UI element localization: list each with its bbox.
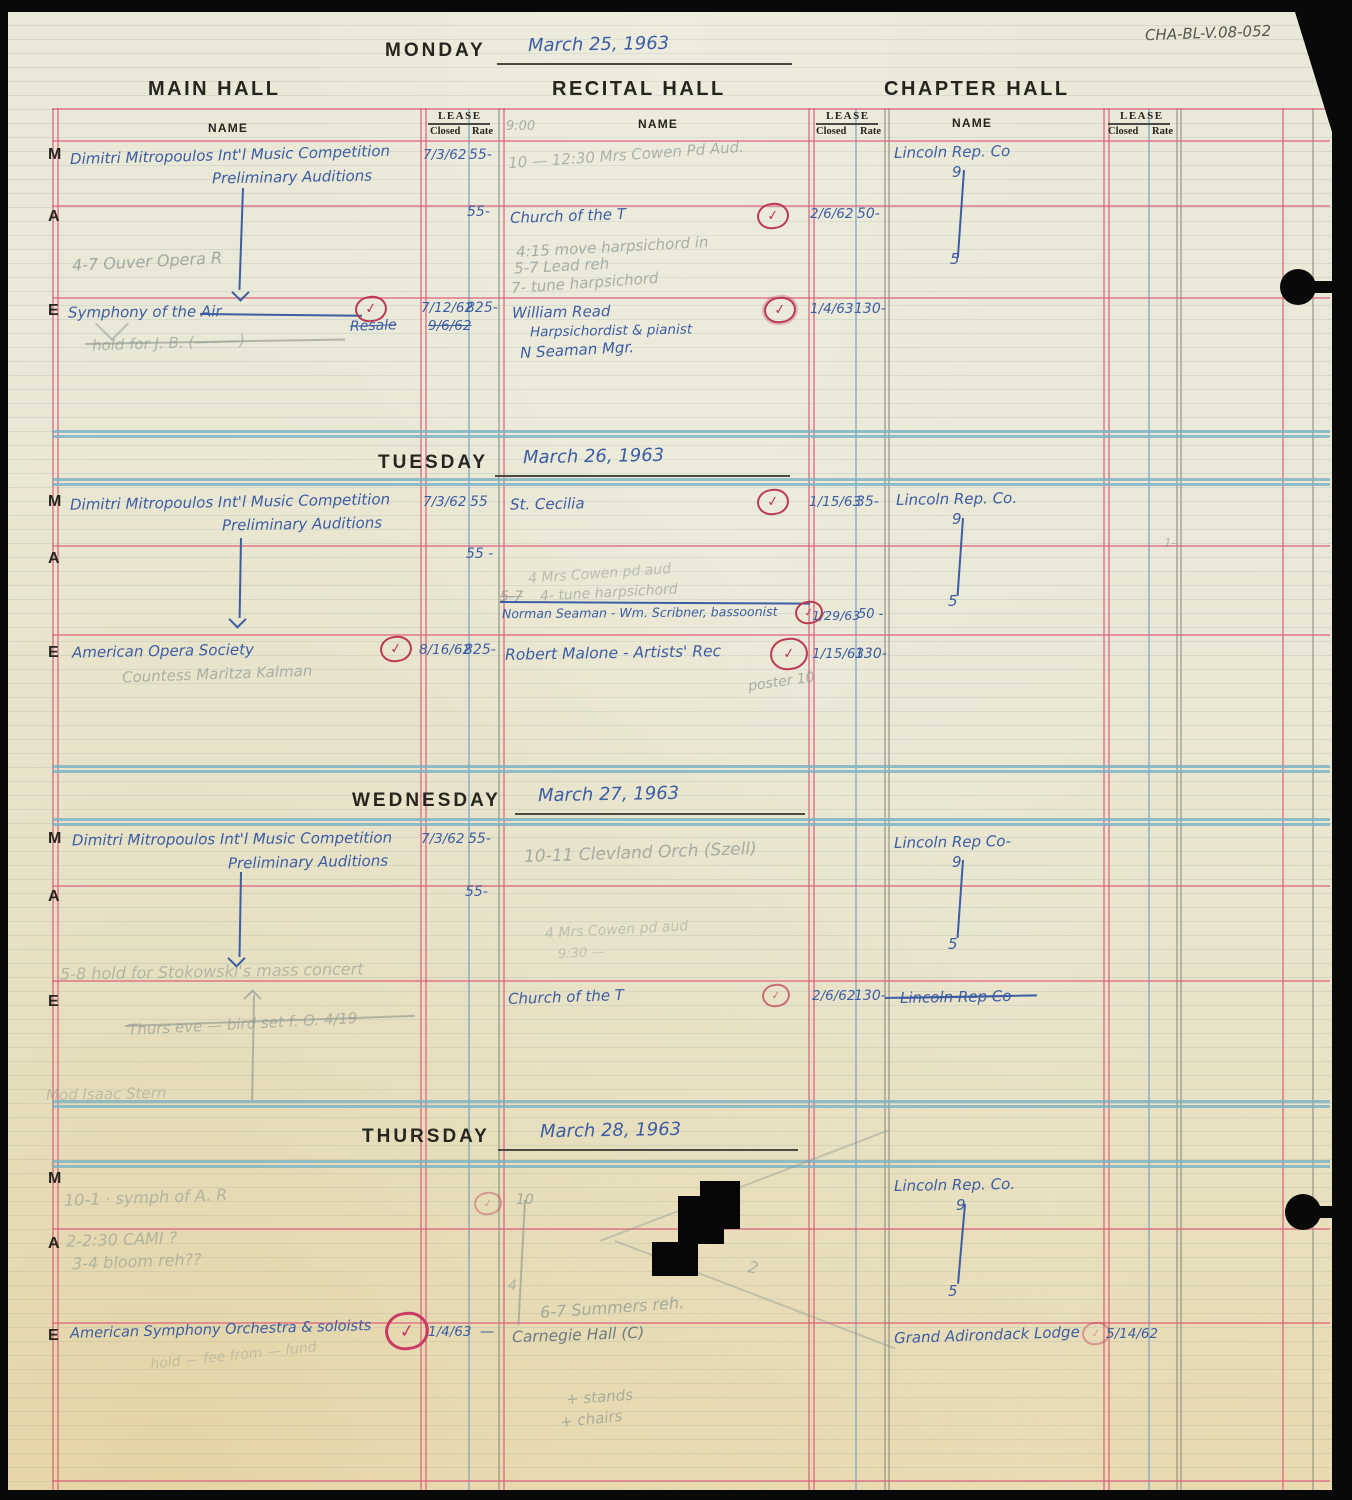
grid-rule-horizontal <box>52 1165 1330 1168</box>
grid-rule-vertical <box>1148 108 1150 1490</box>
col-header-closed: Closed <box>1108 126 1138 137</box>
grid-rule-horizontal <box>52 1100 1330 1103</box>
col-header-name: NAME <box>952 116 992 130</box>
handwritten-date: March 27, 1963 <box>538 783 680 806</box>
pencil-mark: 4 <box>508 1278 517 1294</box>
grid-rule-horizontal <box>52 478 1330 481</box>
booking-start-time: 9 <box>952 853 962 871</box>
grid-rule-vertical <box>1312 108 1314 1490</box>
grid-rule-vertical <box>1108 108 1110 1490</box>
lease-rate: 130- <box>854 301 886 317</box>
col-header-closed: Closed <box>430 126 460 137</box>
pencil-note: 9:30 — <box>558 945 605 962</box>
booking-start-time: 9 <box>952 163 962 181</box>
grid-rule-horizontal <box>52 483 1330 486</box>
lease-rate: — <box>480 1324 494 1340</box>
date-underline <box>498 1149 798 1151</box>
lease-underline <box>1108 123 1170 125</box>
lease-closed-date: 2/6/62 <box>810 206 853 222</box>
booking-end-time: 5 <box>948 592 958 610</box>
grid-rule-vertical <box>888 108 890 1490</box>
grid-rule-horizontal <box>52 823 1330 826</box>
pencil-note: 2-2:30 CAMI ? <box>66 1228 178 1251</box>
handwritten-date: March 26, 1963 <box>523 445 665 468</box>
grid-rule-vertical <box>503 108 505 1490</box>
grid-rule-horizontal <box>52 205 1330 207</box>
row-label-evening: E <box>48 993 59 1011</box>
col-header-lease: LEASE <box>1120 110 1164 122</box>
hall-title-main: MAIN HALL <box>148 78 280 101</box>
grid-rule-horizontal <box>52 545 1330 547</box>
lease-closed-date: 1/4/63 <box>810 301 853 317</box>
hall-title-chapter: CHAPTER HALL <box>884 78 1070 101</box>
grid-rule-vertical <box>1103 108 1105 1490</box>
hole-punch-stem <box>1300 1206 1352 1218</box>
entry-text: Symphony of the Air <box>68 302 222 321</box>
row-label-afternoon: A <box>48 550 60 568</box>
lease-closed-date: 1/4/63 <box>428 1324 471 1340</box>
booking-end-time: 5 <box>948 1282 958 1300</box>
grid-rule-horizontal <box>52 770 1330 773</box>
grid-rule-horizontal <box>52 634 1330 636</box>
grid-rule-horizontal <box>52 1105 1330 1108</box>
hole-punch-stem <box>1296 281 1352 293</box>
pencil-note: Mod Isaac Stern <box>46 1084 167 1104</box>
grid-rule-vertical <box>1176 108 1178 1490</box>
handwritten-date: March 25, 1963 <box>528 33 670 56</box>
row-label-morning: M <box>48 493 61 511</box>
col-header-rate: Rate <box>860 126 881 137</box>
col-header-rate: Rate <box>1152 126 1173 137</box>
entry-text: Preliminary Auditions <box>222 514 382 535</box>
col-header-name: NAME <box>638 117 678 131</box>
scanned-ledger-page: { "archive_code": "CHA-BL-V.08-052", "ha… <box>0 0 1352 1500</box>
lease-closed-date: 1/15/63 <box>809 494 861 510</box>
grid-rule-vertical <box>1282 108 1284 1490</box>
lease-rate: 55- <box>469 147 492 163</box>
hall-title-recital: RECITAL HALL <box>552 78 726 101</box>
row-label-morning: M <box>48 146 61 164</box>
grid-rule-horizontal <box>52 765 1330 768</box>
grid-rule-vertical <box>1180 108 1182 1490</box>
entry-text: Preliminary Auditions <box>228 852 388 873</box>
lease-closed-date: 2/6/62 <box>812 988 855 1004</box>
booking-end-time: 5 <box>948 935 958 953</box>
entry-text: William Read <box>512 302 611 322</box>
lease-closed-date: 7/3/62 <box>421 831 464 847</box>
entry-text: Dimitri Mitropoulos Int'l Music Competit… <box>72 829 392 850</box>
grid-rule-horizontal <box>52 435 1330 438</box>
row-label-afternoon: A <box>48 888 60 906</box>
lease-closed-date: 1/29/63 <box>812 608 860 623</box>
entry-text: Lincoln Rep. Co <box>894 142 1011 162</box>
day-label: WEDNESDAY <box>352 790 501 812</box>
grid-rule-horizontal <box>52 1480 1330 1482</box>
lease-underline <box>816 123 878 125</box>
lease-rate: 50 - <box>858 607 883 622</box>
date-underline <box>515 813 805 815</box>
day-label: TUESDAY <box>378 452 488 474</box>
col-header-closed: Closed <box>816 126 846 137</box>
lease-rate: 55- <box>465 884 488 900</box>
lease-closed-date: 5/14/62 <box>1106 1326 1158 1342</box>
lease-closed-date: 9/6/62 <box>428 318 471 334</box>
lease-rate: 55 <box>470 494 488 510</box>
pencil-time: 9:00 <box>506 119 535 134</box>
row-label-evening: E <box>48 1327 59 1345</box>
entry-text: St. Cecilia <box>510 494 585 513</box>
entry-text: Lincoln Rep Co- <box>894 832 1011 852</box>
day-label: MONDAY <box>385 40 486 62</box>
entry-text: Lincoln Rep. Co. <box>896 489 1017 509</box>
entry-text: Lincoln Rep. Co. <box>894 1175 1015 1195</box>
lease-rate: 55 - <box>466 546 493 562</box>
booking-end-time: 5 <box>950 250 960 268</box>
grid-rule-horizontal <box>52 430 1330 433</box>
entry-text: Harpsichordist & pianist <box>530 322 692 341</box>
pencil-mark: 1- <box>1164 536 1176 550</box>
day-label: THURSDAY <box>362 1126 490 1148</box>
lease-rate: 55- <box>468 831 491 847</box>
grid-rule-horizontal <box>52 885 1330 887</box>
lease-rate: 825- <box>464 642 496 658</box>
lease-rate: 35- <box>856 494 879 510</box>
col-header-rate: Rate <box>472 126 493 137</box>
entry-text: American Opera Society <box>72 640 254 661</box>
lease-rate: 825- <box>466 300 498 316</box>
col-header-name: NAME <box>208 121 248 135</box>
entry-text: Resale <box>350 317 397 335</box>
row-label-afternoon: A <box>48 1235 60 1253</box>
redaction-box <box>652 1242 698 1276</box>
lease-closed-date: 7/3/62 <box>423 147 466 163</box>
row-label-evening: E <box>48 644 59 662</box>
lease-rate: 50- <box>857 206 880 222</box>
date-underline <box>495 475 790 477</box>
redaction-box <box>678 1196 724 1244</box>
col-header-lease: LEASE <box>438 110 482 122</box>
lease-rate: 130- <box>855 646 887 662</box>
entry-text: Norman Seaman - Wm. Scribner, bassoonist <box>502 604 778 621</box>
lease-rate: 55- <box>467 204 490 220</box>
row-label-afternoon: A <box>48 208 60 226</box>
booking-start-time: 9 <box>952 510 962 528</box>
row-label-morning: M <box>48 830 61 848</box>
col-header-lease: LEASE <box>826 110 870 122</box>
date-underline <box>497 63 792 65</box>
handwritten-date: March 28, 1963 <box>540 1119 682 1142</box>
lease-underline <box>428 123 490 125</box>
grid-rule-horizontal <box>52 1160 1330 1163</box>
lease-closed-date: 7/3/62 <box>423 494 466 510</box>
lease-rate: 130- <box>854 988 886 1004</box>
row-label-morning: M <box>48 1170 61 1188</box>
entry-text: Robert Malone - Artists' Rec <box>505 642 721 664</box>
row-label-evening: E <box>48 302 59 320</box>
grid-rule-horizontal <box>52 818 1330 821</box>
entry-text: Preliminary Auditions <box>212 167 372 188</box>
